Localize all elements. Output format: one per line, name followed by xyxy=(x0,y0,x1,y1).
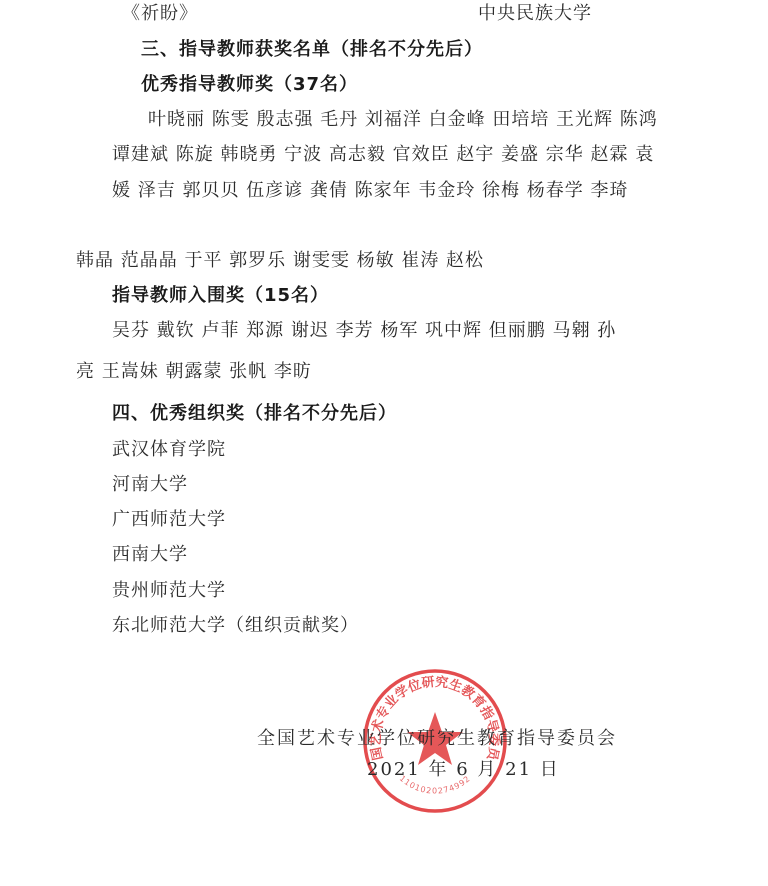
section4-heading: 四、优秀组织奖（排名不分先后） xyxy=(112,402,397,426)
finalist-names-line-2: 亮 王嵩妹 朝露蒙 张帆 李昉 xyxy=(76,360,312,384)
work-title: 《祈盼》 xyxy=(122,2,198,26)
finalist-award-title: 指导教师入围奖（15名） xyxy=(112,284,329,308)
excellent-names-line-1: 叶晓丽 陈雯 殷志强 毛丹 刘福洋 白金峰 田培培 王光辉 陈鸿 xyxy=(148,108,658,132)
signature-date: 2021 年 6 月 21 日 xyxy=(367,755,560,781)
work-institution: 中央民族大学 xyxy=(478,2,592,26)
excellent-names-line-4: 韩晶 范晶晶 于平 郭罗乐 谢雯雯 杨敏 崔涛 赵松 xyxy=(76,249,484,273)
excellent-award-title: 优秀指导教师奖（37名） xyxy=(141,73,358,97)
org-award-item: 东北师范大学（组织贡献奖） xyxy=(112,614,359,638)
org-award-item: 贵州师范大学 xyxy=(112,579,226,603)
org-award-item: 广西师范大学 xyxy=(112,508,226,532)
excellent-names-line-3: 媛 泽吉 郭贝贝 伍彦谚 龚倩 陈家年 韦金玲 徐梅 杨春学 李琦 xyxy=(112,179,629,203)
org-award-item: 河南大学 xyxy=(112,473,188,497)
signature-organization: 全国艺术专业学位研究生教育指导委员会 xyxy=(257,724,617,750)
org-award-item: 西南大学 xyxy=(112,543,188,567)
excellent-names-line-2: 谭建斌 陈旋 韩晓勇 宁波 高志毅 官效臣 赵宇 姜盛 宗华 赵霖 袁 xyxy=(112,143,654,167)
section3-heading: 三、指导教师获奖名单（排名不分先后） xyxy=(141,38,483,62)
org-award-item: 武汉体育学院 xyxy=(112,438,226,462)
finalist-names-line-1: 吴芬 戴钦 卢菲 郑源 谢迟 李芳 杨军 巩中辉 但丽鹏 马翱 孙 xyxy=(112,319,616,343)
